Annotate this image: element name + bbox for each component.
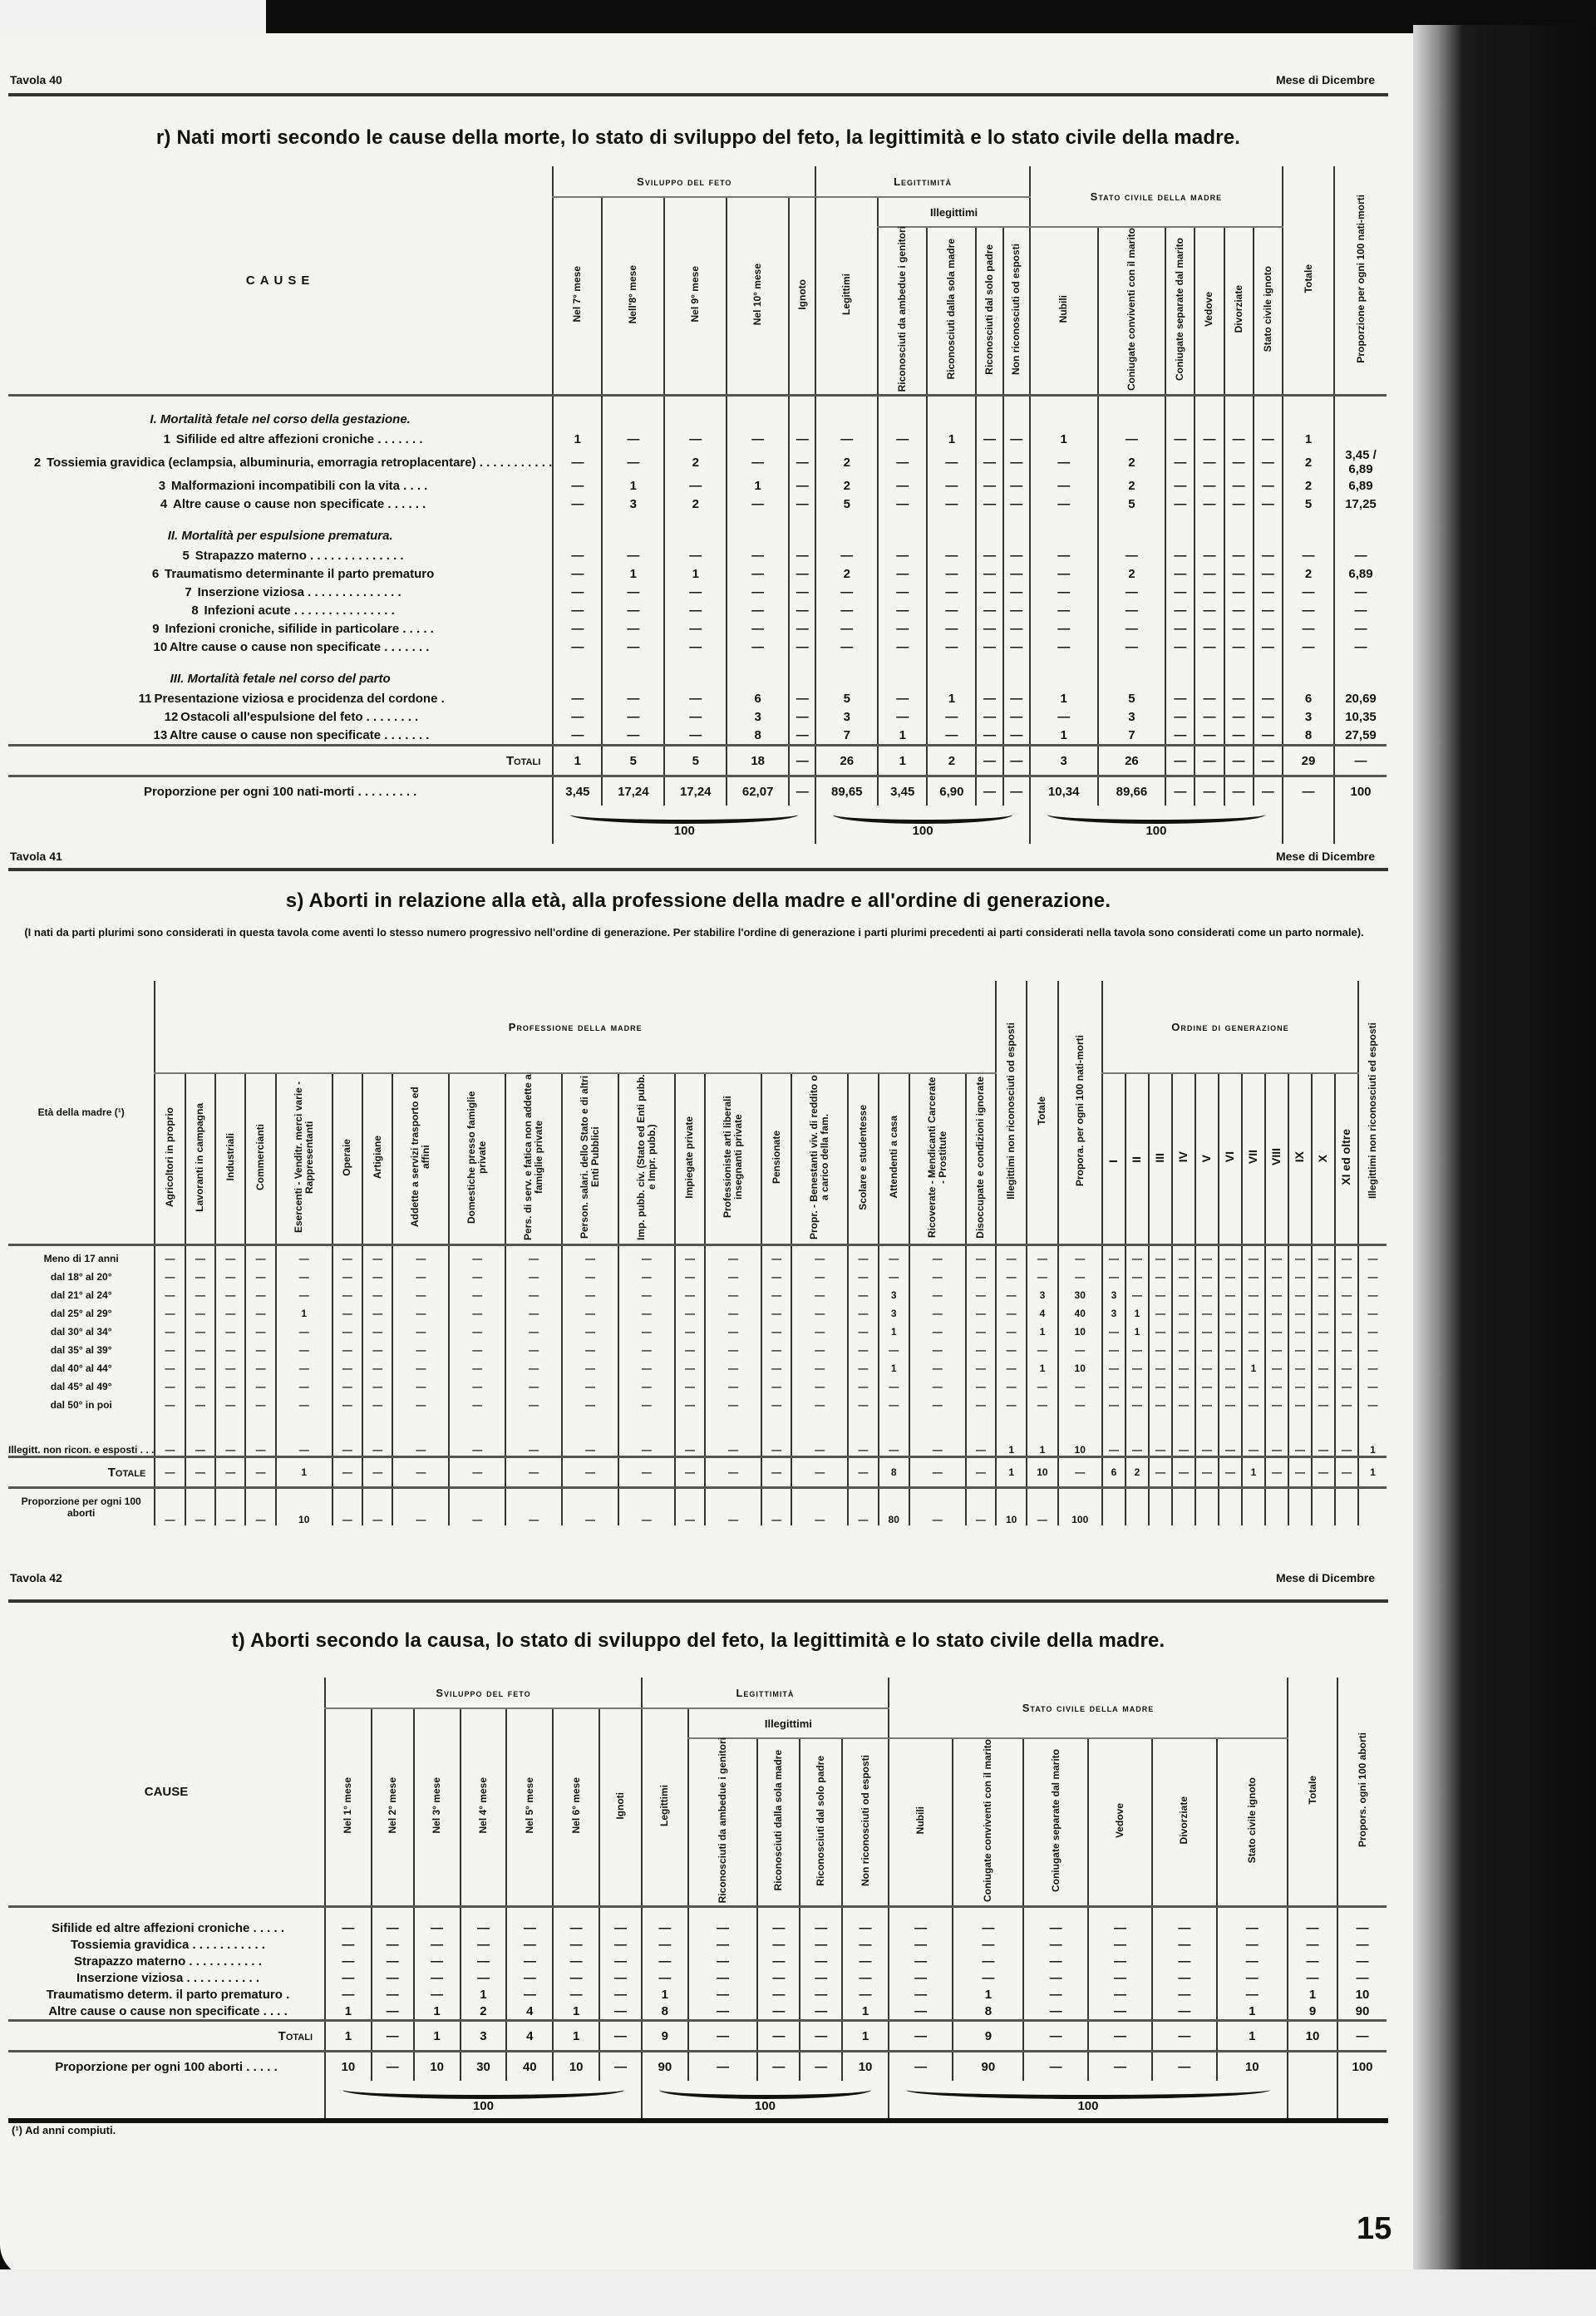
value-cell: —	[1195, 448, 1224, 476]
value-cell: 1	[1030, 726, 1098, 746]
value-cell: 9	[1288, 2003, 1337, 2021]
table-row: 7Inserzione viziosa . . . . . . . . . . …	[8, 583, 1387, 601]
value-cell: 10,35	[1334, 707, 1387, 726]
empty-cell	[1334, 656, 1387, 689]
value-cell: —	[1195, 638, 1224, 656]
value-cell: —	[1195, 564, 1224, 583]
value-cell: —	[1098, 546, 1166, 564]
value-cell: —	[664, 707, 727, 726]
value-cell: —	[155, 1356, 185, 1374]
value-cell: —	[878, 448, 927, 476]
value-cell: —	[757, 1936, 800, 1953]
proportion-cell: 10	[996, 1488, 1027, 1526]
value-cell: —	[878, 583, 927, 601]
empty-cell	[789, 396, 815, 431]
value-cell: —	[1030, 601, 1098, 619]
value-cell: —	[927, 601, 976, 619]
value-cell: —	[215, 1374, 245, 1392]
divider	[8, 868, 1388, 871]
value-cell: —	[675, 1356, 705, 1374]
value-cell: —	[1058, 1374, 1102, 1392]
cause-label: 5Strapazzo materno . . . . . . . . . . .…	[8, 546, 553, 564]
group-illegittimi: Illegittimi	[688, 1708, 889, 1738]
value-cell: —	[1335, 1392, 1358, 1411]
totals-label: Totali	[8, 2021, 325, 2052]
empty-cell	[1098, 656, 1166, 689]
value-cell: —	[878, 619, 927, 638]
value-cell: 1	[927, 689, 976, 707]
empty-cell	[1337, 2081, 1387, 2119]
value-cell: —	[889, 1936, 953, 1953]
value-cell: 4	[1027, 1301, 1057, 1319]
value-cell: —	[1254, 601, 1283, 619]
empty-cell	[1224, 513, 1254, 546]
table-s-note: (I nati da parti plurimi sono considerat…	[8, 921, 1380, 944]
value-cell: —	[1030, 564, 1098, 583]
value-cell: —	[553, 1986, 599, 2003]
value-cell: —	[966, 1338, 996, 1356]
value-cell: 1	[1288, 1986, 1337, 2003]
total-cell: —	[332, 1457, 362, 1488]
value-cell: —	[1003, 448, 1030, 476]
total-cell: —	[1195, 746, 1224, 776]
value-cell: —	[553, 619, 602, 638]
value-cell: —	[1003, 726, 1030, 746]
total-cell: —	[562, 1457, 618, 1488]
value-cell: —	[1149, 1411, 1172, 1457]
value-cell: —	[1254, 689, 1283, 707]
value-cell: —	[966, 1374, 996, 1392]
total-cell: 1	[878, 746, 927, 776]
col-prof: Impiegate private	[675, 1073, 705, 1245]
proportion-cell: —	[1283, 776, 1334, 806]
table-row: dal 21° al 24°—————————————————3———3303—…	[8, 1283, 1387, 1301]
value-cell: —	[791, 1411, 848, 1457]
brace-total: 100	[554, 824, 815, 838]
value-cell: —	[505, 1283, 562, 1301]
value-cell: —	[1288, 1338, 1312, 1356]
value-cell: —	[976, 476, 1002, 495]
cause-text: Altre cause o cause non specificate . . …	[170, 640, 430, 654]
empty-cell	[1334, 396, 1387, 431]
value-cell: 1	[602, 476, 664, 495]
empty-cell	[1254, 656, 1283, 689]
age-header: Età della madre (¹)	[8, 981, 155, 1245]
value-cell: —	[848, 1392, 878, 1411]
total-cell: —	[1312, 1457, 1335, 1488]
value-cell: —	[1195, 1301, 1219, 1319]
value-cell: 1	[879, 1356, 909, 1374]
value-cell: —	[1102, 1411, 1126, 1457]
value-cell: —	[664, 601, 727, 619]
value-cell: 3	[1283, 707, 1334, 726]
empty-cell	[976, 656, 1002, 689]
table-row: dal 25° al 29°————1————————————3———44031…	[8, 1301, 1387, 1319]
col-divorziate: Divorziate	[1152, 1738, 1216, 1907]
value-cell: 3	[879, 1283, 909, 1301]
value-cell: —	[185, 1356, 215, 1374]
col-ric-ambedue: Riconosciuti da ambedue i genitori	[688, 1738, 758, 1907]
empty-cell	[664, 513, 727, 546]
total-cell: 18	[727, 746, 789, 776]
table-row: 8Infezioni acute . . . . . . . . . . . .…	[8, 601, 1387, 619]
value-cell: —	[1195, 1392, 1219, 1411]
empty-cell	[1283, 806, 1334, 844]
value-cell: —	[1337, 1907, 1387, 1937]
cause-text: Altre cause o cause non specificate . . …	[170, 728, 430, 742]
value-cell: —	[1265, 1411, 1288, 1457]
value-cell: —	[848, 1338, 878, 1356]
value-cell: —	[618, 1411, 675, 1457]
col-illegittimi: Illegittimi non riconosciuti ed esposti	[1358, 981, 1387, 1245]
value-cell: —	[553, 476, 602, 495]
proportion-cell: —	[705, 1488, 761, 1526]
total-cell: 1	[1358, 1457, 1387, 1488]
value-cell: —	[1003, 619, 1030, 638]
col-prof: Disoccupate e condizioni ignorate	[966, 1073, 996, 1245]
value-cell: —	[927, 583, 976, 601]
value-cell: —	[1195, 1245, 1219, 1265]
value-cell: 8	[727, 726, 789, 746]
table-t-header: Tavola 42 Mese di Dicembre	[8, 1568, 1380, 1589]
value-cell: —	[642, 1953, 688, 1969]
value-cell: —	[449, 1338, 505, 1356]
divider	[8, 93, 1388, 96]
value-cell: —	[1217, 1953, 1288, 1969]
value-cell: —	[185, 1392, 215, 1411]
value-cell: —	[1219, 1301, 1242, 1319]
tavola-label: Tavola 42	[10, 1571, 62, 1584]
value-cell: —	[1224, 495, 1254, 513]
value-cell: 7	[1098, 726, 1166, 746]
total-cell: —	[705, 1457, 761, 1488]
value-cell: 2	[664, 495, 727, 513]
value-cell: —	[372, 1953, 414, 1969]
proportion-cell: 30	[461, 2052, 507, 2082]
cause-number: 4	[155, 497, 173, 511]
value-cell: —	[1288, 1411, 1312, 1457]
value-cell: —	[976, 707, 1002, 726]
value-cell: —	[953, 1953, 1023, 1969]
table-row: dal 50° in poi——————————————————————————…	[8, 1392, 1387, 1411]
empty-cell	[976, 396, 1002, 431]
proportion-cell	[1149, 1488, 1172, 1526]
col-prof: Domestiche presso famiglie private	[449, 1073, 505, 1245]
brace-legittimita: 100	[815, 806, 1030, 844]
value-cell: —	[789, 689, 815, 707]
value-cell: —	[602, 707, 664, 726]
value-cell: —	[1172, 1411, 1195, 1457]
table-row: Inserzione viziosa . . . . . . . . . . .…	[8, 1969, 1387, 1986]
value-cell: 3	[1098, 707, 1166, 726]
value-cell: —	[276, 1338, 332, 1356]
proportion-cell	[1102, 1488, 1126, 1526]
empty-cell	[1030, 396, 1098, 431]
value-cell: 1	[325, 2003, 372, 2021]
value-cell: —	[553, 638, 602, 656]
value-cell: 1	[1126, 1301, 1149, 1319]
col-legittimi: Legittimi	[815, 197, 878, 396]
value-cell: —	[953, 1969, 1023, 1986]
value-cell: —	[848, 1374, 878, 1392]
col-5-mese: Nel 5° mese	[506, 1708, 553, 1907]
value-cell: —	[1003, 430, 1030, 448]
proportion-cell: 10	[1217, 2052, 1288, 2082]
value-cell: 1	[1027, 1356, 1057, 1374]
value-cell: —	[506, 1969, 553, 1986]
value-cell: —	[618, 1374, 675, 1392]
value-cell: —	[761, 1245, 791, 1265]
proportion-cell: —	[675, 1488, 705, 1526]
age-label: dal 21° al 24°	[8, 1283, 155, 1301]
value-cell: —	[705, 1338, 761, 1356]
value-cell: —	[1165, 689, 1195, 707]
value-cell: —	[1195, 726, 1224, 746]
total-cell: —	[245, 1457, 275, 1488]
value-cell: —	[553, 564, 602, 583]
value-cell: —	[675, 1283, 705, 1301]
value-cell: —	[1149, 1245, 1172, 1265]
cause-number: 3	[153, 479, 171, 493]
proportion-cell: —	[1023, 2052, 1087, 2082]
value-cell: 10	[1058, 1411, 1102, 1457]
value-cell: —	[966, 1264, 996, 1283]
value-cell: —	[1152, 1953, 1216, 1969]
col-vedove: Vedove	[1195, 227, 1224, 396]
proportion-cell: 3,45	[878, 776, 927, 806]
value-cell: —	[1165, 564, 1195, 583]
value-cell: —	[966, 1356, 996, 1374]
value-cell: —	[842, 1953, 889, 1969]
footnote: (¹) Ad anni compiuti.	[12, 2124, 116, 2136]
value-cell: —	[562, 1411, 618, 1457]
value-cell: —	[1224, 564, 1254, 583]
empty-cell	[878, 513, 927, 546]
value-cell: —	[909, 1264, 966, 1283]
cause-number: 1	[158, 432, 176, 446]
value-cell: —	[1265, 1245, 1288, 1265]
value-cell: —	[505, 1338, 562, 1356]
value-cell: —	[1172, 1392, 1195, 1411]
cause-label: 12Ostacoli all'espulsione del feto . . .…	[8, 707, 553, 726]
value-cell: —	[1283, 619, 1334, 638]
value-cell: —	[325, 1986, 372, 2003]
total-cell: 10	[1288, 2021, 1337, 2052]
value-cell: —	[1358, 1283, 1387, 1301]
value-cell: 40	[1058, 1301, 1102, 1319]
proportion-cell: 10	[276, 1488, 332, 1526]
value-cell: —	[1283, 583, 1334, 601]
value-cell: —	[996, 1374, 1027, 1392]
value-cell: —	[1195, 1411, 1219, 1457]
value-cell: —	[889, 1907, 953, 1937]
value-cell: —	[1172, 1301, 1195, 1319]
value-cell: —	[618, 1338, 675, 1356]
age-label: Meno di 17 anni	[8, 1245, 155, 1265]
value-cell: —	[675, 1319, 705, 1338]
value-cell: —	[1219, 1374, 1242, 1392]
proportion-cell: —	[1088, 2052, 1152, 2082]
value-cell: —	[155, 1319, 185, 1338]
value-cell: —	[1288, 1969, 1337, 1986]
value-cell: 5	[815, 689, 878, 707]
value-cell: —	[245, 1356, 275, 1374]
value-cell: —	[1242, 1283, 1265, 1301]
value-cell: —	[976, 726, 1002, 746]
empty-cell	[1288, 2081, 1337, 2119]
value-cell: —	[602, 601, 664, 619]
value-cell: —	[461, 1907, 507, 1937]
value-cell: —	[1254, 638, 1283, 656]
value-cell: —	[1335, 1283, 1358, 1301]
cause-label: 6Traumatismo determinante il parto prema…	[8, 564, 553, 583]
value-cell: —	[155, 1392, 185, 1411]
col-6-mese: Nel 6° mese	[553, 1708, 599, 1907]
brace-group: 100	[642, 2081, 889, 2119]
value-cell: —	[599, 1907, 642, 1937]
col-ric-padre: Riconosciuti dal solo padre	[976, 227, 1002, 396]
empty-cell	[815, 396, 878, 431]
value-cell: 1	[1030, 430, 1098, 448]
value-cell: —	[553, 1936, 599, 1953]
total-cell: —	[1337, 2021, 1387, 2052]
empty-cell	[602, 656, 664, 689]
proportion-cell: —	[1027, 1488, 1057, 1526]
col-totale: Totale	[1283, 166, 1334, 396]
value-cell: —	[1195, 1319, 1219, 1338]
empty-cell	[1283, 396, 1334, 431]
total-cell: 2	[927, 746, 976, 776]
value-cell: —	[1224, 726, 1254, 746]
proportion-cell	[1172, 1488, 1195, 1526]
value-cell: —	[976, 495, 1002, 513]
col-prof: Operaie	[332, 1073, 362, 1245]
value-cell: —	[1165, 707, 1195, 726]
value-cell: —	[1030, 583, 1098, 601]
value-cell: —	[1242, 1392, 1265, 1411]
value-cell: —	[1149, 1392, 1172, 1411]
value-cell: —	[1312, 1356, 1335, 1374]
value-cell: 1	[953, 1986, 1023, 2003]
brace-total: 100	[326, 2099, 641, 2113]
value-cell: —	[757, 1953, 800, 1969]
value-cell: —	[562, 1264, 618, 1283]
value-cell: —	[599, 2003, 642, 2021]
value-cell: —	[332, 1301, 362, 1319]
empty-cell	[815, 513, 878, 546]
value-cell: —	[1172, 1245, 1195, 1265]
value-cell: —	[878, 564, 927, 583]
col-8-mese: Nell'8° mese	[602, 197, 664, 396]
value-cell: 3	[602, 495, 664, 513]
value-cell: —	[1358, 1319, 1387, 1338]
empty-cell	[927, 513, 976, 546]
value-cell: —	[1195, 583, 1224, 601]
brace-stato-civile: 100	[1030, 806, 1283, 844]
value-cell: —	[1003, 546, 1030, 564]
value-cell: —	[553, 448, 602, 476]
value-cell: —	[1172, 1319, 1195, 1338]
value-cell: —	[1152, 1986, 1216, 2003]
proportion-cell: 10	[325, 2052, 372, 2082]
value-cell: —	[602, 448, 664, 476]
cause-label: Inserzione viziosa . . . . . . . . . . .	[8, 1969, 325, 1986]
value-cell: —	[215, 1392, 245, 1411]
value-cell: —	[362, 1374, 392, 1392]
value-cell: —	[878, 638, 927, 656]
total-cell: 1	[1242, 1457, 1265, 1488]
value-cell: 2	[815, 476, 878, 495]
total-cell: 6	[1102, 1457, 1126, 1488]
value-cell: —	[879, 1374, 909, 1392]
value-cell: —	[155, 1245, 185, 1265]
value-cell: —	[727, 430, 789, 448]
value-cell: —	[1358, 1301, 1387, 1319]
total-cell: 26	[815, 746, 878, 776]
proportion-cell	[1242, 1488, 1265, 1526]
value-cell: 1	[553, 430, 602, 448]
value-cell: —	[1195, 495, 1224, 513]
value-cell: 5	[1098, 689, 1166, 707]
section-label: I. Mortalità fetale nel corso della gest…	[8, 396, 553, 431]
value-cell: —	[1027, 1338, 1057, 1356]
col-non-ric: Non riconosciuti od esposti	[842, 1738, 889, 1907]
col-ignoto-civile: Stato civile ignoto	[1254, 227, 1283, 396]
value-cell: 1	[1242, 1356, 1265, 1374]
age-label: dal 40° al 44°	[8, 1356, 155, 1374]
value-cell: 8	[1283, 726, 1334, 746]
value-cell: —	[800, 1969, 842, 1986]
value-cell: —	[332, 1319, 362, 1338]
value-cell: —	[675, 1338, 705, 1356]
value-cell: —	[1288, 1936, 1337, 1953]
value-cell: —	[878, 430, 927, 448]
brace-total: 100	[643, 2099, 888, 2113]
value-cell: 2	[815, 448, 878, 476]
value-cell: —	[1242, 1264, 1265, 1283]
value-cell: —	[185, 1374, 215, 1392]
value-cell: —	[1224, 476, 1254, 495]
value-cell: —	[1195, 707, 1224, 726]
value-cell: —	[909, 1356, 966, 1374]
proportion-cell: —	[562, 1488, 618, 1526]
value-cell: —	[1172, 1338, 1195, 1356]
value-cell: —	[1288, 1356, 1312, 1374]
proportion-cell: 40	[506, 2052, 553, 2082]
value-cell: —	[1003, 601, 1030, 619]
value-cell: —	[1312, 1264, 1335, 1283]
empty-cell	[602, 513, 664, 546]
value-cell: —	[506, 1907, 553, 1937]
proportion-cell: 6,90	[927, 776, 976, 806]
total-cell: —	[618, 1457, 675, 1488]
total-cell: —	[1195, 1457, 1219, 1488]
cause-label: 13Altre cause o cause non specificate . …	[8, 726, 553, 746]
value-cell: —	[927, 476, 976, 495]
value-cell: 1	[927, 430, 976, 448]
divider	[8, 1599, 1388, 1603]
value-cell: —	[449, 1264, 505, 1283]
value-cell: —	[642, 1969, 688, 1986]
value-cell: —	[1003, 495, 1030, 513]
value-cell: —	[1265, 1338, 1288, 1356]
value-cell: —	[1217, 1936, 1288, 1953]
empty-cell	[1165, 513, 1195, 546]
cause-header: CAUSE	[8, 166, 553, 396]
value-cell: —	[506, 1936, 553, 1953]
cause-label: Altre cause o cause non specificate . . …	[8, 2003, 325, 2021]
value-cell: 3	[815, 707, 878, 726]
